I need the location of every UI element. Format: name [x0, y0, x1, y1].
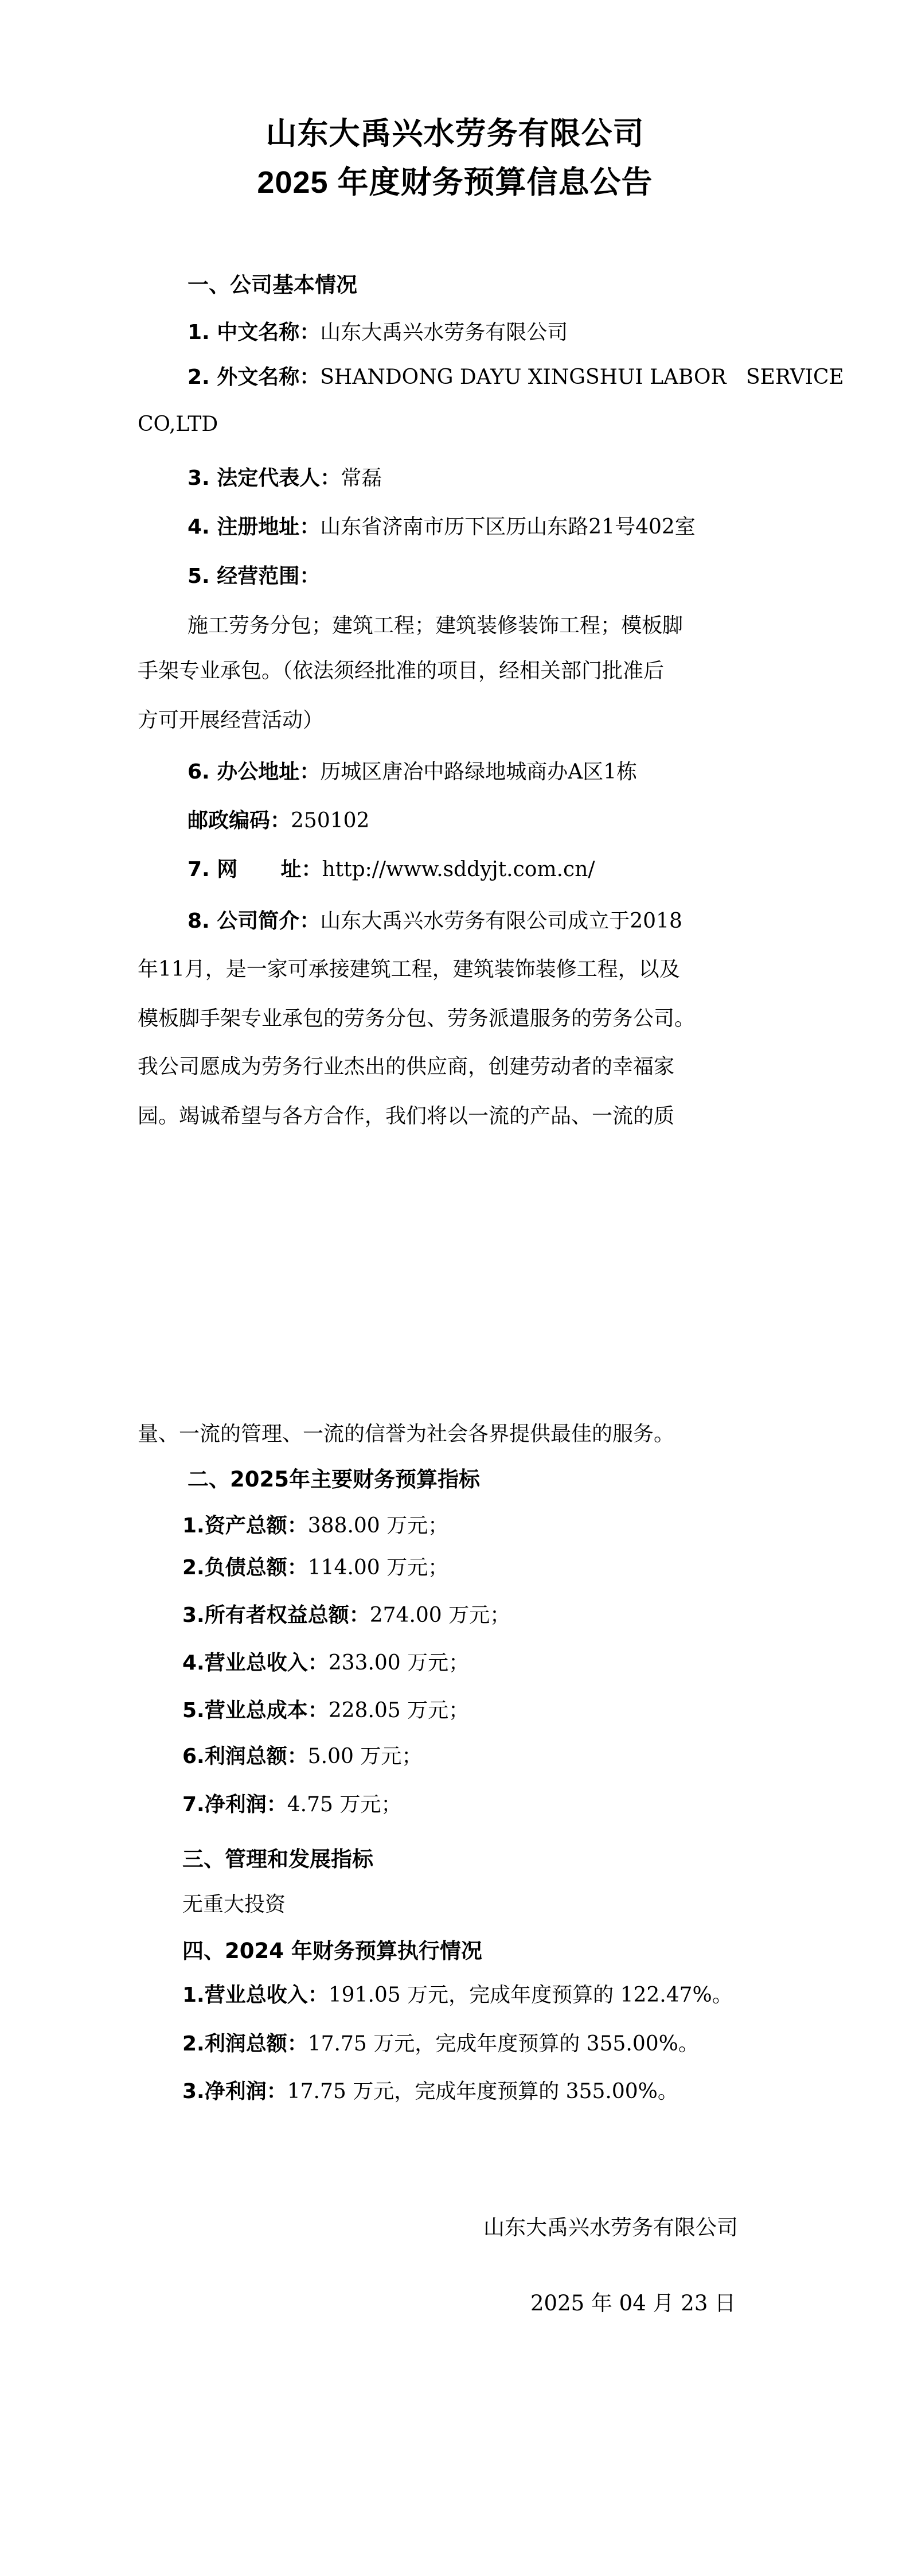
item-legal-rep: 3. 法定代表人：常磊	[188, 468, 382, 489]
profile-line: 我公司愿成为劳务行业杰出的供应商，创建劳动者的幸福家	[138, 1057, 674, 1077]
item-label: 4.营业总收入：	[182, 1651, 329, 1675]
item-value: 山东大禹兴水劳务有限公司	[320, 321, 568, 344]
item-label: 1. 中文名称：	[188, 321, 320, 344]
website-link[interactable]: http://www.sddyjt.com.cn/	[322, 858, 595, 881]
budget-item-owners-equity: 3.所有者权益总额：274.00 万元；	[182, 1605, 510, 1626]
item-label: 6. 办公地址：	[188, 760, 320, 784]
item-chinese-name: 1. 中文名称：山东大禹兴水劳务有限公司	[188, 322, 568, 343]
item-company-profile: 8. 公司简介：山东大禹兴水劳务有限公司成立于2018	[188, 911, 682, 932]
item-label: 8. 公司简介：	[188, 909, 320, 933]
budget-item-operating-cost: 5.营业总成本：228.05 万元；	[182, 1701, 469, 1721]
item-label: 3.所有者权益总额：	[182, 1604, 370, 1627]
item-value: 山东大禹兴水劳务有限公司成立于2018	[320, 909, 682, 933]
section2-heading: 二、2025年主要财务预算指标	[188, 1469, 480, 1490]
section1-heading: 一、公司基本情况	[188, 274, 357, 295]
profile-line: 模板脚手架专业承包的劳务分包、劳务派遣服务的劳务公司。	[138, 1009, 695, 1029]
budget-item-total-assets: 1.资产总额：388.00 万元；	[182, 1516, 448, 1536]
item-website: 7. 网 址：http://www.sddyjt.com.cn/	[188, 859, 595, 880]
item-value: 388.00 万元；	[308, 1514, 448, 1538]
item-label: 3. 法定代表人：	[188, 466, 341, 490]
item-value: 17.75 万元，完成年度预算的 355.00%。	[308, 2032, 699, 2056]
item-value: 常磊	[341, 466, 382, 490]
item-label: 4. 注册地址：	[188, 515, 320, 539]
item-value: 17.75 万元，完成年度预算的 355.00%。	[287, 2080, 678, 2103]
item-value: 4.75 万元；	[287, 1793, 402, 1816]
item-foreign-name: 2. 外文名称：SHANDONG DAYU XINGSHUI LABOR SER…	[188, 367, 844, 388]
item-label: 2.负债总额：	[182, 1556, 308, 1579]
execution-item-total-profit: 2.利润总额：17.75 万元，完成年度预算的 355.00%。	[182, 2034, 699, 2054]
item-value: 历城区唐冶中路绿地城商办A区1栋	[320, 760, 637, 784]
budget-item-total-liabilities: 2.负债总额：114.00 万元；	[182, 1558, 448, 1578]
item-value: 191.05 万元，完成年度预算的 122.47%。	[329, 1983, 733, 2007]
section4-heading: 四、2024 年财务预算执行情况	[182, 1940, 482, 1962]
item-registered-address: 4. 注册地址：山东省济南市历下区历山东路21号402室	[188, 517, 696, 538]
budget-item-net-profit: 7.净利润：4.75 万元；	[182, 1795, 401, 1815]
item-label: 5.营业总成本：	[182, 1699, 329, 1722]
signature-company: 山东大禹兴水劳务有限公司	[483, 2217, 738, 2238]
item-foreign-name-cont: CO,LTD	[138, 414, 218, 435]
item-value: 233.00 万元；	[329, 1651, 469, 1675]
item-value: SHANDONG DAYU XINGSHUI LABOR SERVICE	[320, 365, 844, 389]
item-label: 3.净利润：	[182, 2080, 287, 2103]
business-scope-line: 施工劳务分包；建筑工程；建筑装修装饰工程；模板脚	[188, 616, 683, 636]
item-office-address: 6. 办公地址：历城区唐冶中路绿地城商办A区1栋	[188, 762, 637, 783]
item-value: 5.00 万元；	[308, 1745, 423, 1768]
document-title-line2: 2025 年度财务预算信息公告	[0, 167, 910, 198]
business-scope-line: 方可开展经营活动）	[138, 710, 323, 731]
item-value: 山东省济南市历下区历山东路21号402室	[320, 515, 696, 539]
item-label: 6.利润总额：	[182, 1745, 308, 1768]
item-postal-code: 邮政编码：250102	[188, 811, 369, 831]
budget-item-operating-revenue: 4.营业总收入：233.00 万元；	[182, 1653, 469, 1674]
item-value: 274.00 万元；	[370, 1604, 510, 1627]
document-title-line1: 山东大禹兴水劳务有限公司	[0, 118, 910, 149]
item-label: 2. 外文名称：	[188, 365, 320, 389]
item-label: 2.利润总额：	[182, 2032, 308, 2056]
item-label: 7. 网 址：	[188, 858, 322, 881]
item-label: 1.资产总额：	[182, 1514, 308, 1538]
section3-body: 无重大投资	[182, 1894, 286, 1915]
item-label: 邮政编码：	[188, 809, 291, 832]
document-page: 山东大禹兴水劳务有限公司 2025 年度财务预算信息公告 一、公司基本情况 1.…	[0, 0, 910, 2576]
section3-heading: 三、管理和发展指标	[182, 1849, 373, 1870]
item-label: 1.营业总收入：	[182, 1983, 329, 2007]
profile-line: 量、一流的管理、一流的信誉为社会各界提供最佳的服务。	[138, 1424, 674, 1445]
profile-line: 年11月，是一家可承接建筑工程，建筑装饰装修工程，以及	[138, 959, 680, 980]
execution-item-net-profit: 3.净利润：17.75 万元，完成年度预算的 355.00%。	[182, 2081, 678, 2102]
item-value: 250102	[291, 809, 369, 832]
signature-date: 2025 年 04 月 23 日	[530, 2293, 736, 2314]
execution-item-operating-revenue: 1.营业总收入：191.05 万元，完成年度预算的 122.47%。	[182, 1985, 733, 2006]
item-label: 7.净利润：	[182, 1793, 287, 1816]
item-label: 5. 经营范围：	[188, 565, 320, 588]
profile-line: 园。竭诚希望与各方合作，我们将以一流的产品、一流的质	[138, 1106, 674, 1127]
budget-item-total-profit: 6.利润总额：5.00 万元；	[182, 1746, 422, 1767]
item-value: 228.05 万元；	[329, 1699, 469, 1722]
item-value: 114.00 万元；	[308, 1556, 448, 1579]
business-scope-line: 手架专业承包。（依法须经批准的项目，经相关部门批准后	[138, 661, 664, 682]
item-business-scope: 5. 经营范围：	[188, 566, 320, 587]
